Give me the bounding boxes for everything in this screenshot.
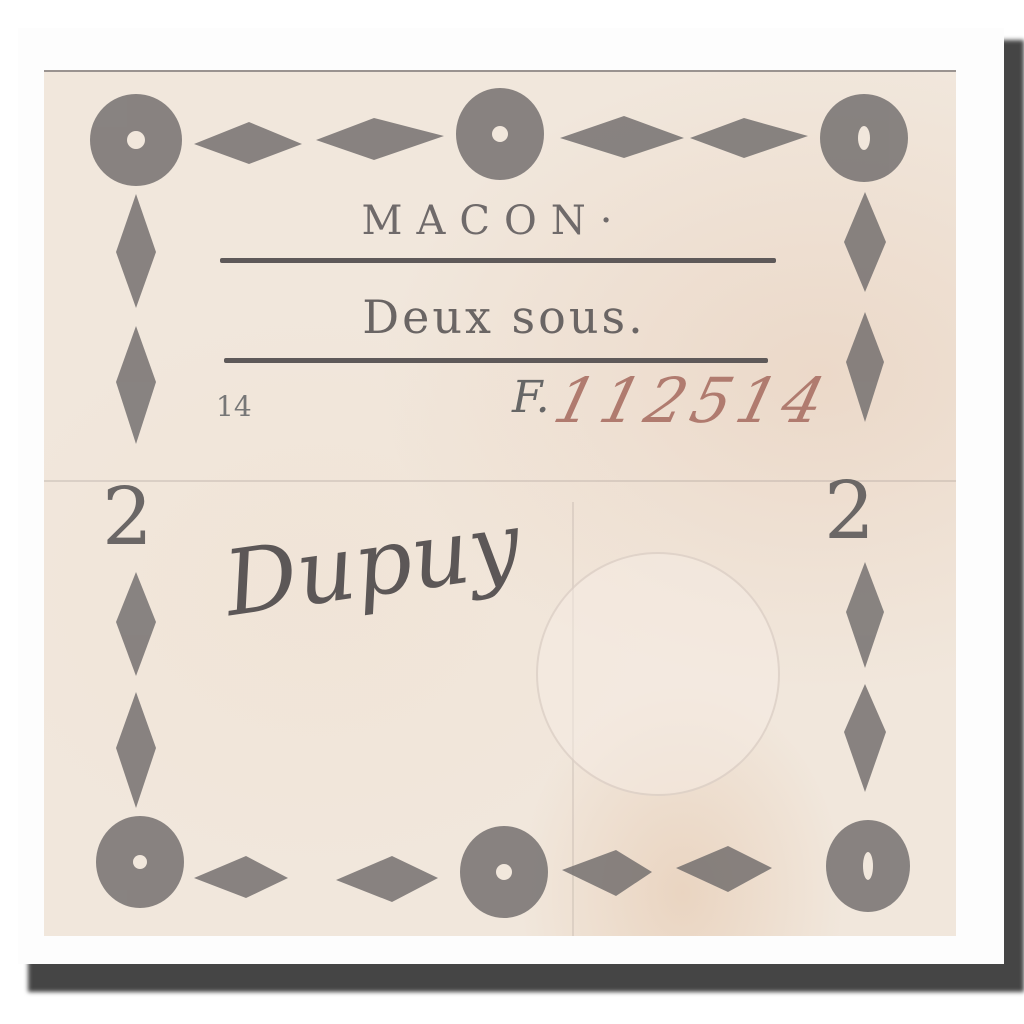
dry-seal-stamp	[536, 552, 780, 796]
town-name: MACON·	[344, 198, 644, 244]
denomination-right: 2	[824, 464, 875, 557]
denomination-left: 2	[102, 470, 153, 563]
banknote: MACON· Deux sous. 14 F. 112514 2 2 Dupuy	[44, 70, 956, 936]
serial-number: 112514	[547, 364, 838, 437]
upper-rule	[220, 258, 776, 263]
plate-number: 14	[216, 390, 252, 423]
series-letter: F.	[512, 372, 550, 423]
denomination-text: Deux sous.	[314, 290, 694, 344]
lower-rule	[224, 358, 768, 363]
